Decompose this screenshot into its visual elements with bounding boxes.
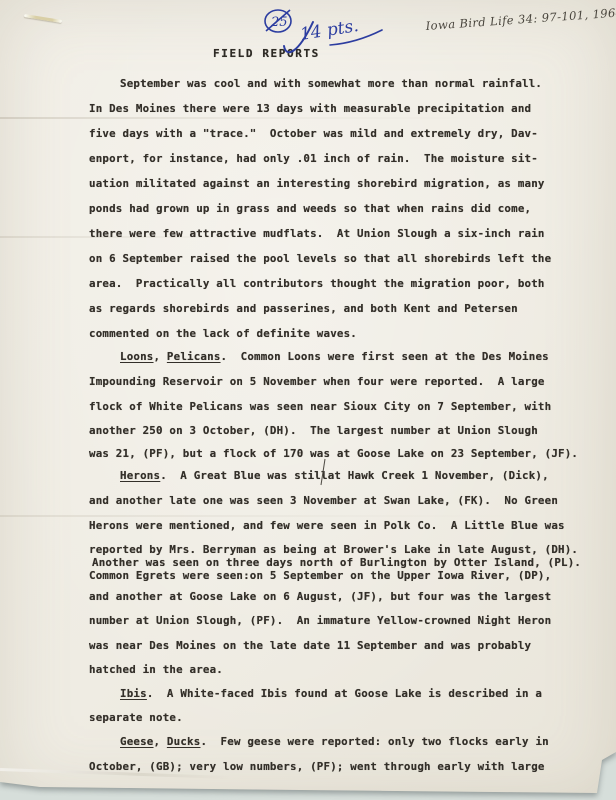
text-line: and another late one was seen 3 November… [89, 494, 558, 507]
text-line: ponds had grown up in grass and weeds so… [89, 202, 531, 215]
text-segment: Another was seen on three days north of … [92, 556, 581, 569]
text-segment: and another late one was seen 3 November… [89, 494, 558, 507]
text-segment: In Des Moines there were 13 days with me… [89, 102, 531, 115]
text-line: hatched in the area. [89, 663, 223, 676]
text-line: and another at Goose Lake on 6 August, (… [89, 590, 551, 603]
pen-slash-mark [317, 458, 329, 486]
text-segment: enport, for instance, had only .01 inch … [89, 152, 538, 165]
citation-note: Iowa Bird Life 34: 97-101, 1964 [424, 5, 616, 33]
text-line: separate note. [89, 711, 183, 724]
paper-shadow-wrap: FIELD REPORTS September was cool and wit… [0, 0, 616, 800]
text-segment: . Common Loons were first seen at the De… [221, 350, 549, 363]
text-line: uation militated against an interesting … [89, 177, 545, 190]
text-line: was near Des Moines on the late date 11 … [89, 639, 531, 652]
text-line: Herons were mentioned, and few were seen… [89, 519, 565, 532]
text-segment: September was cool and with somewhat mor… [120, 77, 542, 90]
text-line: Ibis. A White-faced Ibis found at Goose … [120, 687, 542, 700]
section-heading: Ibis [120, 687, 147, 700]
text-segment: Common Egrets were seen:on 5 September o… [89, 569, 551, 582]
text-line: Impounding Reservoir on 5 November when … [89, 375, 545, 388]
text-segment: there were few attractive mudflats. At U… [89, 227, 545, 240]
text-segment: flock of White Pelicans was seen near Si… [89, 400, 551, 413]
text-line: In Des Moines there were 13 days with me… [89, 102, 531, 115]
text-segment: another 250 on 3 October, (DH). The larg… [89, 424, 538, 437]
section-heading: Herons [120, 469, 160, 482]
text-segment: , [154, 350, 167, 363]
text-line: Common Egrets were seen:on 5 September o… [89, 569, 551, 582]
text-line: on 6 September raised the pool levels so… [89, 252, 551, 265]
text-segment: . Few geese were reported: only two floc… [200, 735, 548, 748]
text-segment: separate note. [89, 711, 183, 724]
text-line: October, (GB); very low numbers, (PF); w… [89, 760, 545, 773]
text-line: flock of White Pelicans was seen near Si… [89, 400, 551, 413]
text-line: five days with a "trace." October was mi… [89, 127, 538, 140]
text-line: enport, for instance, had only .01 inch … [89, 152, 538, 165]
text-segment: five days with a "trace." October was mi… [89, 127, 538, 140]
text-line: Another was seen on three days north of … [92, 556, 581, 569]
text-segment: on 6 September raised the pool levels so… [89, 252, 551, 265]
text-line: Herons. A Great Blue was stillat Hawk Cr… [120, 469, 549, 482]
section-heading: Ducks [167, 735, 201, 748]
text-segment: was 21, (PF), but a flock of 170 was at … [89, 447, 578, 460]
section-heading: Pelicans [167, 350, 221, 363]
text-segment: commented on the lack of definite waves. [89, 327, 357, 340]
text-segment: reported by Mrs. Berryman as being at Br… [89, 543, 578, 556]
text-segment: number at Union Slough, (PF). An immatur… [89, 614, 551, 627]
text-segment: and another at Goose Lake on 6 August, (… [89, 590, 551, 603]
section-heading: Geese [120, 735, 154, 748]
text-segment: hatched in the area. [89, 663, 223, 676]
text-segment: October, (GB); very low numbers, (PF); w… [89, 760, 545, 773]
text-segment: Herons were mentioned, and few were seen… [89, 519, 565, 532]
text-segment: as regards shorebirds and passerines, an… [89, 302, 518, 315]
section-heading: Loons [120, 350, 154, 363]
text-line: September was cool and with somewhat mor… [120, 77, 542, 90]
text-line: commented on the lack of definite waves. [89, 327, 357, 340]
grade-note: 14 pts. [284, 16, 382, 52]
text-line: reported by Mrs. Berryman as being at Br… [89, 543, 578, 556]
text-line: number at Union Slough, (PF). An immatur… [89, 614, 551, 627]
circled-grade: 25 [265, 10, 291, 32]
text-line: Loons, Pelicans. Common Loons were first… [120, 350, 549, 363]
text-line: as regards shorebirds and passerines, an… [89, 302, 518, 315]
paper-crease [0, 117, 616, 119]
text-segment: Impounding Reservoir on 5 November when … [89, 375, 545, 388]
text-segment: was near Des Moines on the late date 11 … [89, 639, 531, 652]
text-line: there were few attractive mudflats. At U… [89, 227, 545, 240]
text-line: area. Practically all contributors thoug… [89, 277, 545, 290]
grade-note-text: 14 pts. [299, 16, 360, 45]
text-segment: . A Great Blue was stillat Hawk Creek 1 … [160, 469, 549, 482]
text-line: Geese, Ducks. Few geese were reported: o… [120, 735, 549, 748]
text-segment: area. Practically all contributors thoug… [89, 277, 545, 290]
circled-grade-value: 25 [270, 15, 288, 30]
text-segment: . A White-faced Ibis found at Goose Lake… [147, 687, 542, 700]
text-line: another 250 on 3 October, (DH). The larg… [89, 424, 538, 437]
document-page: FIELD REPORTS September was cool and wit… [0, 0, 616, 800]
text-segment: ponds had grown up in grass and weeds so… [89, 202, 531, 215]
text-segment: uation militated against an interesting … [89, 177, 545, 190]
handwritten-annotations: 25 14 pts. Iowa Bird Life 34: 97-101, 19… [0, 0, 616, 70]
scanned-document: { "page": { "background_color": "#d2dad8… [0, 0, 616, 800]
paper-crease [0, 515, 616, 517]
text-segment: , [154, 735, 167, 748]
text-line: was 21, (PF), but a flock of 170 was at … [89, 447, 578, 460]
